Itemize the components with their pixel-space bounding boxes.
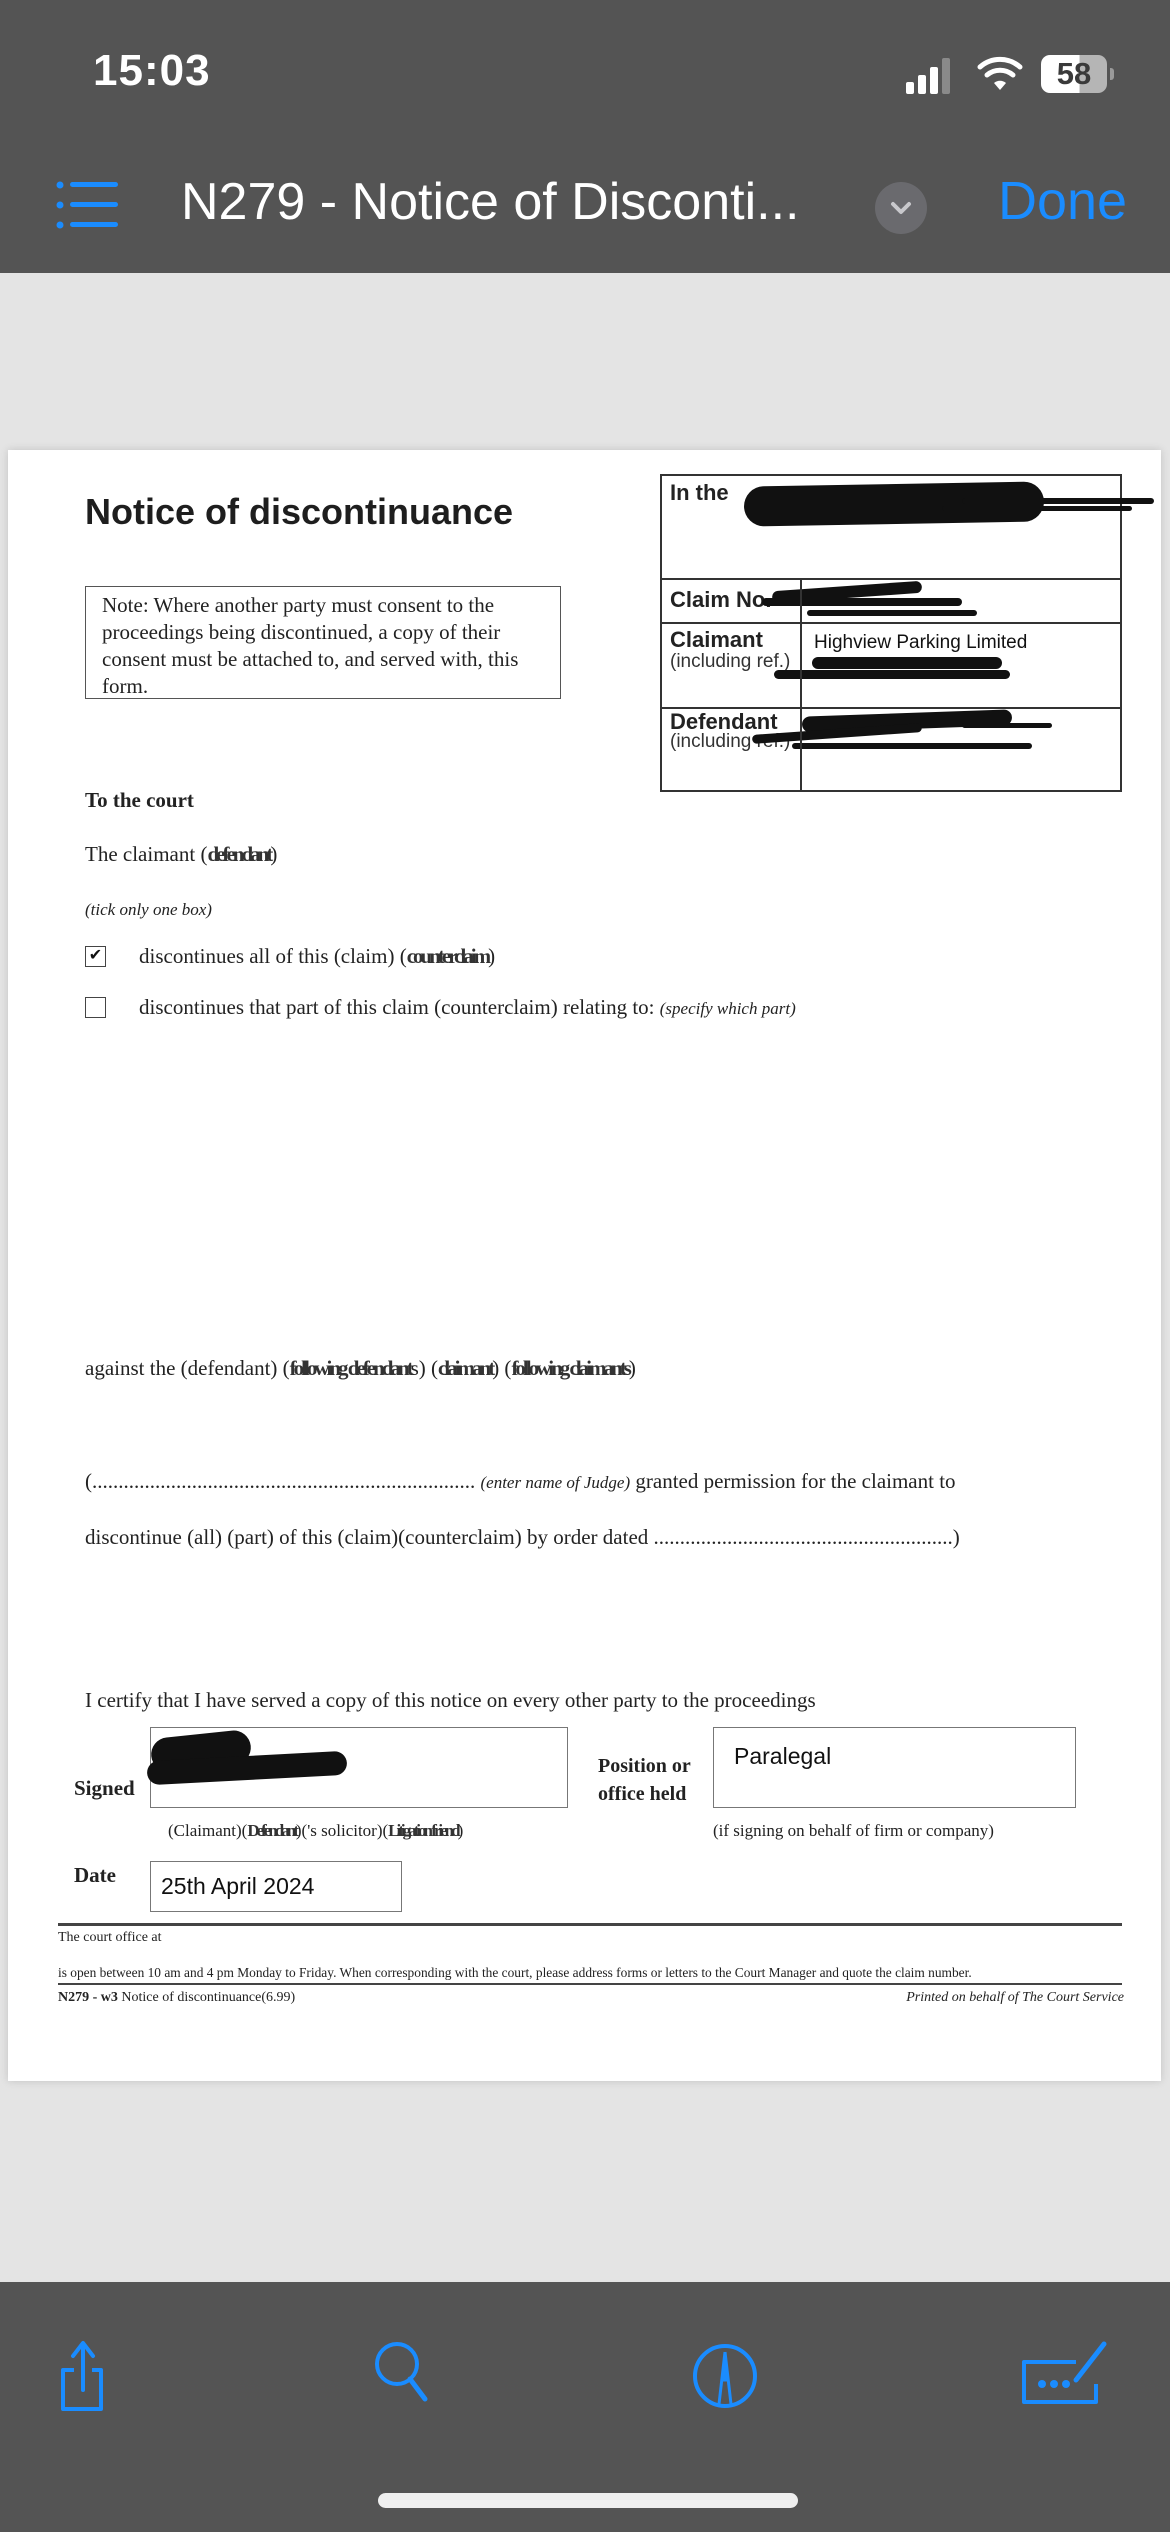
position-label-line2: office held — [598, 1780, 691, 1808]
judge-hint: (enter name of Judge) — [481, 1473, 631, 1492]
redaction-court-name — [744, 481, 1045, 526]
option-text: discontinues that part of this claim (co… — [139, 995, 655, 1019]
form-fill-icon — [1016, 2332, 1116, 2412]
court-office-text: The court office at — [58, 1930, 162, 1946]
printed-by: Printed on behalf of The Court Service — [906, 1990, 1124, 2006]
struck-text: following claimants — [511, 1356, 628, 1380]
date-field[interactable]: 25th April 2024 — [150, 1861, 402, 1912]
claimant-sub-label: (including ref.) — [670, 651, 790, 673]
specify-part-field[interactable] — [85, 1040, 1115, 1340]
status-time: 15:03 — [93, 46, 211, 96]
wifi-icon — [976, 54, 1024, 92]
cellular-signal-icon — [906, 56, 952, 94]
discontinue-part-label: discontinues that part of this claim (co… — [139, 995, 796, 1020]
redaction-stroke — [762, 598, 962, 606]
specify-hint: (specify which part) — [660, 999, 796, 1018]
search-button[interactable] — [365, 2332, 435, 2412]
redaction-stroke — [962, 723, 1052, 728]
option-text: discontinues all of this (claim) ( — [139, 944, 407, 968]
outline-list-icon[interactable] — [56, 180, 120, 230]
against-text: against the (defendant) ( — [85, 1356, 290, 1380]
date-label: Date — [74, 1863, 116, 1888]
struck-counterclaim-text: counterclaim — [407, 944, 488, 968]
position-value: Paralegal — [734, 1743, 831, 1770]
against-text: ) ( — [492, 1356, 511, 1380]
markup-button[interactable] — [690, 2332, 760, 2412]
discontinue-all-checkbox[interactable]: ✔ — [85, 946, 106, 967]
redaction-stroke — [942, 506, 1132, 511]
caption-text: ) — [458, 1821, 464, 1840]
home-indicator[interactable] — [378, 2493, 798, 2508]
consent-note: Note: Where another party must consent t… — [85, 586, 561, 699]
against-text: s) ( — [411, 1356, 438, 1380]
chevron-down-icon — [875, 182, 927, 234]
form-heading: Notice of discontinuance — [85, 491, 513, 533]
paren-close: ) — [488, 944, 495, 968]
caption-text: (Claimant)( — [168, 1821, 247, 1840]
done-button[interactable]: Done — [998, 170, 1127, 232]
to-the-court-label: To the court — [85, 788, 194, 813]
footer-rule-bottom — [58, 1983, 1122, 1985]
discontinue-part-checkbox[interactable] — [85, 997, 106, 1018]
against-line: against the (defendant) (following defen… — [85, 1356, 636, 1381]
position-label: Position or office held — [598, 1752, 691, 1808]
status-bar: 15:03 58 — [0, 0, 1170, 130]
defendant-row: Defendant (including ref.) — [662, 707, 1120, 792]
document-nav-bar: N279 - Notice of Disconti... Done — [0, 130, 1170, 273]
claimant-value[interactable]: Highview Parking Limited — [814, 632, 1027, 654]
redaction-claimant-ref — [812, 657, 1002, 669]
opening-hours-text: is open between 10 am and 4 pm Monday to… — [58, 1965, 972, 1981]
claimant-row: Claimant (including ref.) Highview Parki… — [662, 622, 1120, 707]
signature-field[interactable] — [150, 1727, 568, 1808]
struck-defendant-text: defendant — [207, 842, 270, 866]
date-value: 25th April 2024 — [161, 1873, 314, 1900]
document-title: N279 - Notice of Disconti... — [181, 172, 799, 232]
struck-text: claimant — [438, 1356, 492, 1380]
share-icon — [50, 2332, 120, 2412]
struck-text: following defendant — [290, 1356, 411, 1380]
judge-permission-line1: (.......................................… — [85, 1469, 956, 1494]
footer-rule-top — [58, 1923, 1122, 1926]
share-button[interactable] — [50, 2332, 120, 2412]
pdf-page: Notice of discontinuance Note: Where ano… — [8, 450, 1161, 2081]
redaction-stroke — [774, 670, 1010, 679]
tick-hint: (tick only one box) — [85, 900, 212, 920]
permission-text: granted permission for the claimant to — [635, 1469, 955, 1493]
in-the-label: In the — [670, 480, 729, 506]
search-icon — [365, 2332, 435, 2412]
position-label-line1: Position or — [598, 1752, 691, 1780]
form-name: Notice of discontinuance(6.99) — [121, 1990, 295, 2005]
form-fill-button[interactable] — [1016, 2332, 1116, 2412]
struck-text: Litigation friend — [388, 1821, 457, 1840]
signed-label: Signed — [74, 1776, 135, 1801]
battery-indicator: 58 — [1041, 55, 1107, 93]
markup-icon — [690, 2332, 760, 2412]
claimant-party-line: The claimant (defendant) — [85, 842, 277, 867]
certify-statement: I certify that I have served a copy of t… — [85, 1688, 816, 1713]
court-details-table: In the Claim No. Claimant (including ref… — [660, 474, 1122, 792]
claimant-text: The claimant ( — [85, 842, 207, 866]
redaction-stroke — [807, 610, 977, 616]
title-menu-button[interactable] — [875, 182, 927, 234]
redaction-stroke — [792, 743, 1032, 749]
claimant-label: Claimant — [670, 627, 763, 653]
form-code: N279 - w3 — [58, 1990, 118, 2005]
judge-name-blank: (.......................................… — [85, 1469, 475, 1493]
judge-permission-line2: discontinue (all) (part) of this (claim)… — [85, 1525, 960, 1550]
signed-caption: (Claimant)(Defendant)('s solicitor)(Liti… — [168, 1821, 463, 1841]
redaction-stroke — [962, 498, 1154, 504]
position-caption: (if signing on behalf of firm or company… — [713, 1821, 994, 1841]
claim-no-row: Claim No. — [662, 578, 1120, 622]
form-code-line: N279 - w3 Notice of discontinuance(6.99) — [58, 1990, 295, 2006]
table-column-divider — [800, 578, 802, 792]
claim-no-label: Claim No. — [670, 587, 771, 613]
paren-close: ) — [270, 842, 277, 866]
caption-text: )('s solicitor)( — [296, 1821, 388, 1840]
struck-text: Defendant — [247, 1821, 296, 1840]
against-text: ) — [629, 1356, 636, 1380]
discontinue-all-label: discontinues all of this (claim) (counte… — [139, 944, 495, 969]
position-field[interactable]: Paralegal — [713, 1727, 1076, 1808]
